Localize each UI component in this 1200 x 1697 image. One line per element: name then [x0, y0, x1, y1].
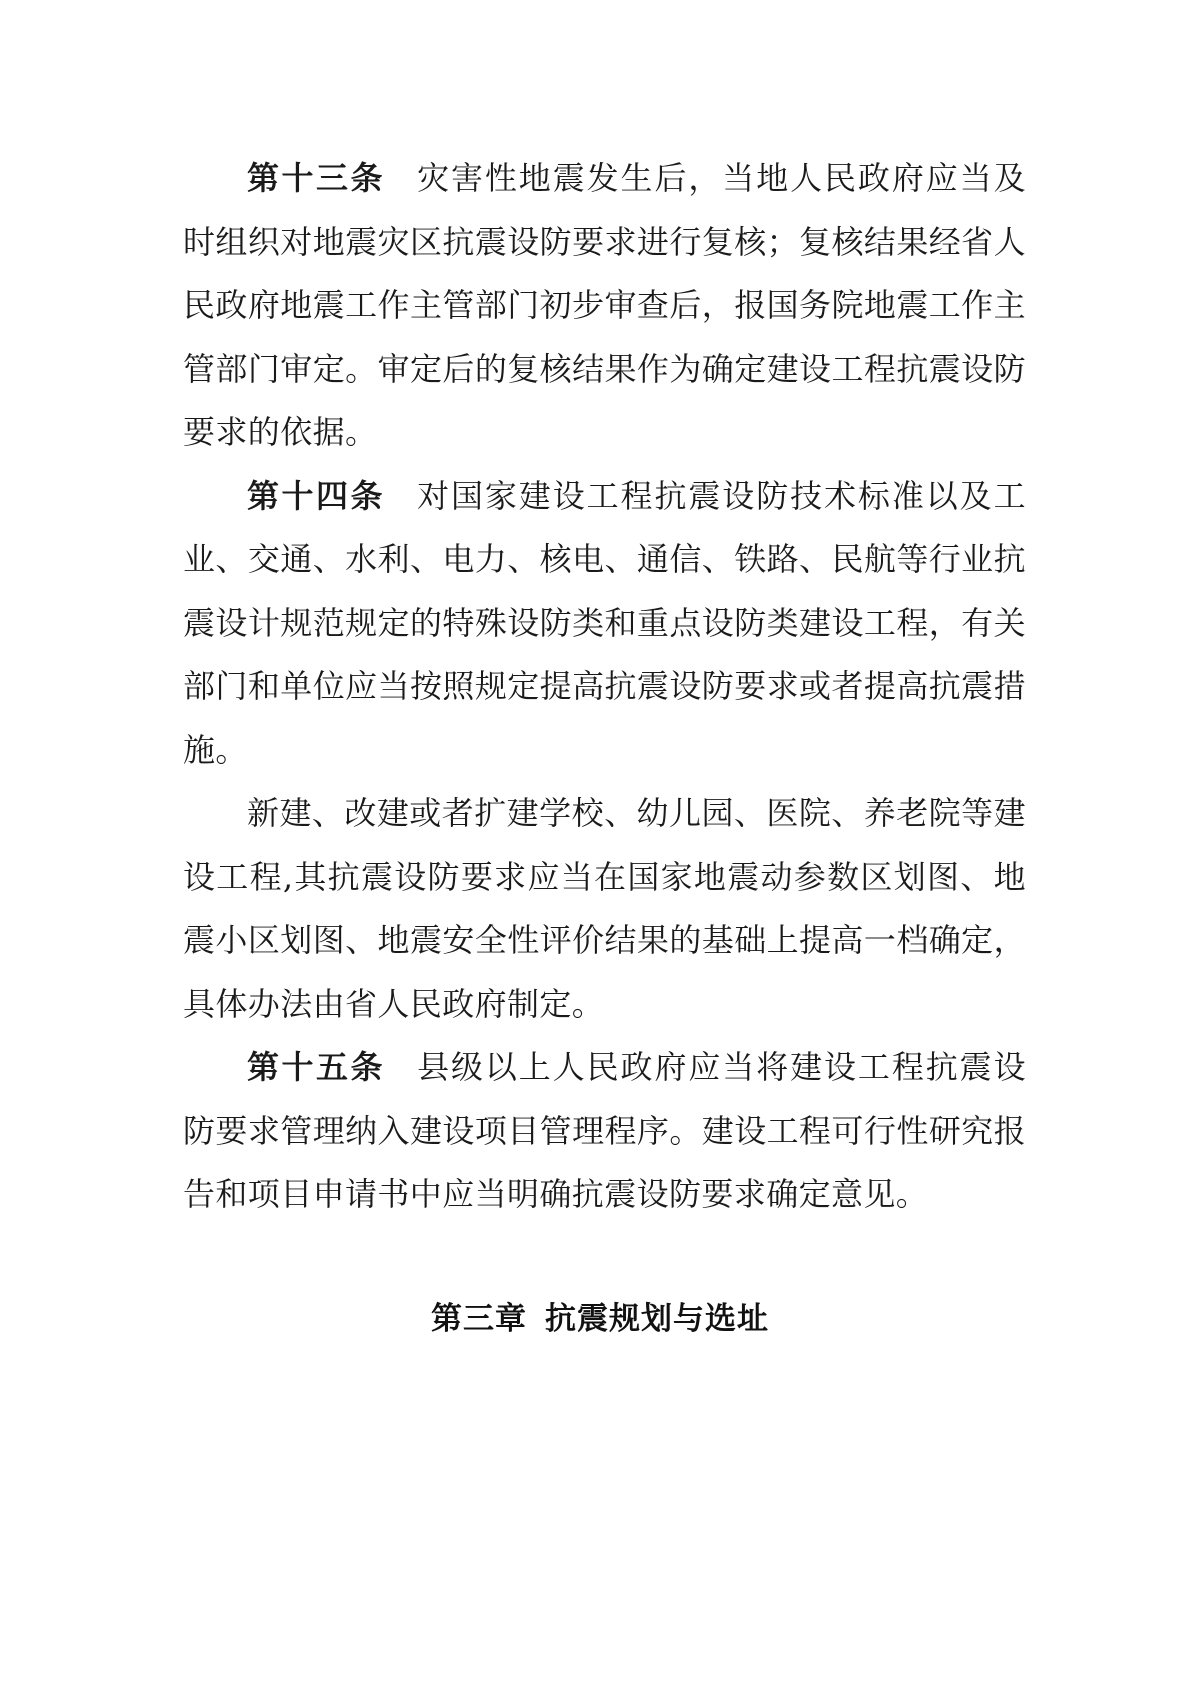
- article-number: 第十三条: [247, 159, 385, 197]
- document-body: 第十三条灾害性地震发生后，当地人民政府应当及时组织对地震灾区抗震设防要求进行复核…: [183, 147, 1026, 1227]
- chapter-heading: 第三章抗震规划与选址: [0, 1294, 1200, 1344]
- article-number: 第十五条: [247, 1048, 385, 1086]
- paragraph-text: 新建、改建或者扩建学校、幼儿园、医院、养老院等建设工程,其抗震设防要求应当在国家…: [183, 794, 1026, 1023]
- article-14: 第十四条对国家建设工程抗震设防技术标准以及工业、交通、水利、电力、核电、通信、铁…: [183, 465, 1026, 783]
- article-15: 第十五条县级以上人民政府应当将建设工程抗震设防要求管理纳入建设项目管理程序。建设…: [183, 1036, 1026, 1227]
- article-number: 第十四条: [247, 477, 385, 515]
- article-text: 对国家建设工程抗震设防技术标准以及工业、交通、水利、电力、核电、通信、铁路、民航…: [183, 477, 1026, 769]
- article-text: 灾害性地震发生后，当地人民政府应当及时组织对地震灾区抗震设防要求进行复核；复核结…: [183, 159, 1026, 451]
- article-13: 第十三条灾害性地震发生后，当地人民政府应当及时组织对地震灾区抗震设防要求进行复核…: [183, 147, 1026, 465]
- article-14-paragraph-2: 新建、改建或者扩建学校、幼儿园、医院、养老院等建设工程,其抗震设防要求应当在国家…: [183, 782, 1026, 1036]
- chapter-number: 第三章: [431, 1301, 527, 1337]
- chapter-title: 抗震规划与选址: [545, 1301, 769, 1337]
